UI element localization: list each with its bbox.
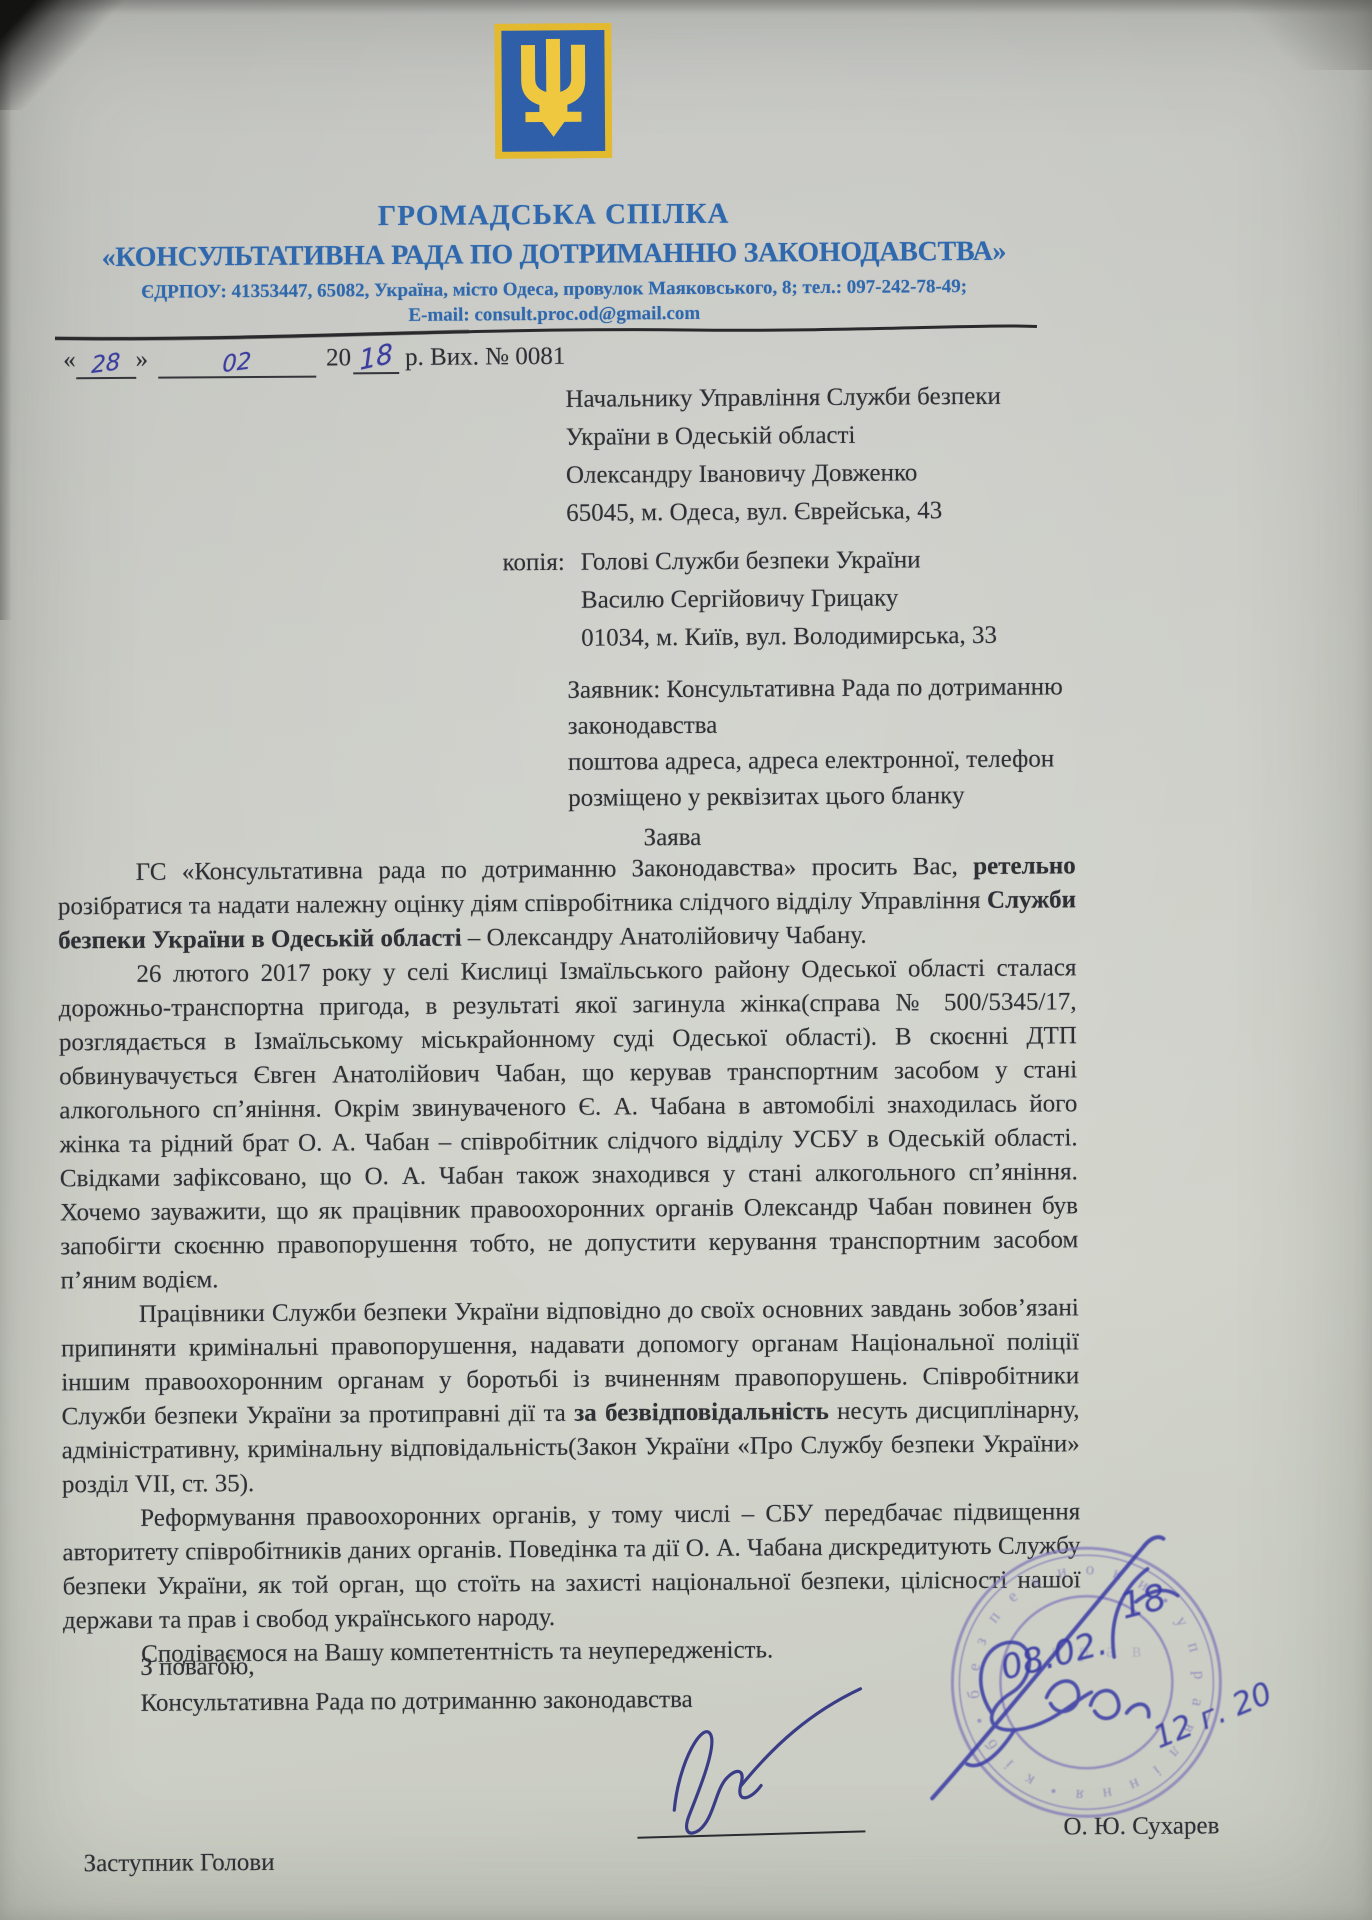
applicant-block: Заявник: Консультативна Рада по дотриман… bbox=[567, 669, 1063, 816]
letter-body: ГС «Консультативна рада по дотриманню За… bbox=[58, 849, 1082, 1672]
recipient-block: Начальнику Управління Служби безпекиУкра… bbox=[565, 378, 1001, 533]
applicant-line: Заявник: Консультативна Рада по дотриман… bbox=[567, 669, 1063, 708]
handwritten-day: 28 bbox=[91, 349, 121, 379]
body-paragraph: Реформування правоохоронних органів, у т… bbox=[62, 1495, 1081, 1638]
recipient-line: Олександру Івановичу Довженко bbox=[566, 454, 1002, 495]
body-paragraph: 26 лютого 2017 року у селі Кислиці Ізмаї… bbox=[58, 951, 1078, 1298]
handwritten-signature bbox=[618, 1687, 899, 1849]
signer-position: Заступник Голови bbox=[84, 1849, 275, 1878]
body-paragraph: Працівники Служби безпеки України відпов… bbox=[61, 1291, 1080, 1502]
applicant-line: розміщено у реквізитах цього бланку bbox=[568, 777, 1064, 816]
org-name: «КОНСУЛЬТАТИВНА РАДА ПО ДОТРИМАННЮ ЗАКОН… bbox=[0, 235, 1112, 275]
ukraine-trident-emblem-icon bbox=[494, 22, 613, 159]
signer-name: О. Ю. Сухарев bbox=[1063, 1812, 1219, 1841]
recipient-line: України в Одеській області bbox=[566, 416, 1002, 457]
day-blank: 28 bbox=[76, 350, 136, 379]
handwritten-year: 18 bbox=[359, 338, 394, 377]
scan-shadow-top-right bbox=[1182, 0, 1372, 70]
copy-line: Голові Служби безпеки України bbox=[581, 541, 997, 582]
reference-line: «28»022018р. Вих. № 0081 bbox=[63, 343, 565, 380]
closing-block: З повагою,Консультативна Рада по дотрима… bbox=[140, 1646, 693, 1722]
handwritten-stamp-year: 18 bbox=[1116, 1577, 1171, 1628]
scanned-letter-page: ГРОМАДСЬКА СПІЛКА «КОНСУЛЬТАТИВНА РАДА П… bbox=[0, 0, 1372, 1920]
text-segment: ГС «Консультативна рада по дотриманню За… bbox=[136, 853, 974, 886]
applicant-line: законодавства bbox=[568, 705, 1064, 744]
body-paragraph: ГС «Консультативна рада по дотриманню За… bbox=[58, 849, 1077, 958]
text-segment: – Олександру Анатолійовичу Чабану. bbox=[462, 922, 867, 952]
text-segment: розібратися та надати належну оцінку дія… bbox=[58, 887, 987, 920]
text-segment: 26 лютого 2017 року у селі Кислиці Ізмаї… bbox=[59, 954, 1079, 1294]
text-segment: Реформування правоохоронних органів, у т… bbox=[62, 1498, 1080, 1634]
close-quote: » bbox=[136, 346, 149, 373]
bold-text-segment: за безвідповідальність bbox=[574, 1398, 829, 1427]
year-prefix: 20 bbox=[326, 344, 351, 371]
closing-line: З повагою, bbox=[140, 1646, 692, 1686]
copy-lines: Голові Служби безпеки УкраїниВасилю Серг… bbox=[581, 541, 998, 658]
copy-label: копія: bbox=[502, 544, 565, 658]
bold-text-segment: ретельно bbox=[973, 852, 1076, 880]
recipient-line: 65045, м. Одеса, вул. Єврейська, 43 bbox=[566, 492, 1002, 533]
scan-shadow-top-edge bbox=[0, 0, 1372, 14]
copy-line: 01034, м. Київ, вул. Володимирська, 33 bbox=[581, 617, 997, 658]
month-blank: 02 bbox=[158, 349, 316, 379]
letter-content: ГРОМАДСЬКА СПІЛКА «КОНСУЛЬТАТИВНА РАДА П… bbox=[0, 0, 1372, 1920]
closing-line: Консультативна Рада по дотриманню законо… bbox=[140, 1682, 692, 1722]
copy-block: копія: Голові Служби безпеки УкраїниВаси… bbox=[502, 541, 997, 658]
year-blank: 18 bbox=[353, 345, 399, 374]
applicant-line: поштова адреса, адреса електронної, теле… bbox=[568, 741, 1064, 780]
open-quote: « bbox=[63, 346, 76, 373]
org-type: ГРОМАДСЬКА СПІЛКА bbox=[0, 195, 1111, 236]
handwritten-stamp-time: 12 г. 20 bbox=[1148, 1675, 1277, 1756]
reference-tail: р. Вих. № 0081 bbox=[405, 343, 565, 371]
recipient-line: Начальнику Управління Служби безпеки bbox=[565, 378, 1001, 419]
copy-line: Василю Сергійовичу Грицаку bbox=[581, 579, 997, 620]
handwritten-month: 02 bbox=[222, 348, 252, 378]
scan-shadow-top-left bbox=[0, 0, 150, 110]
